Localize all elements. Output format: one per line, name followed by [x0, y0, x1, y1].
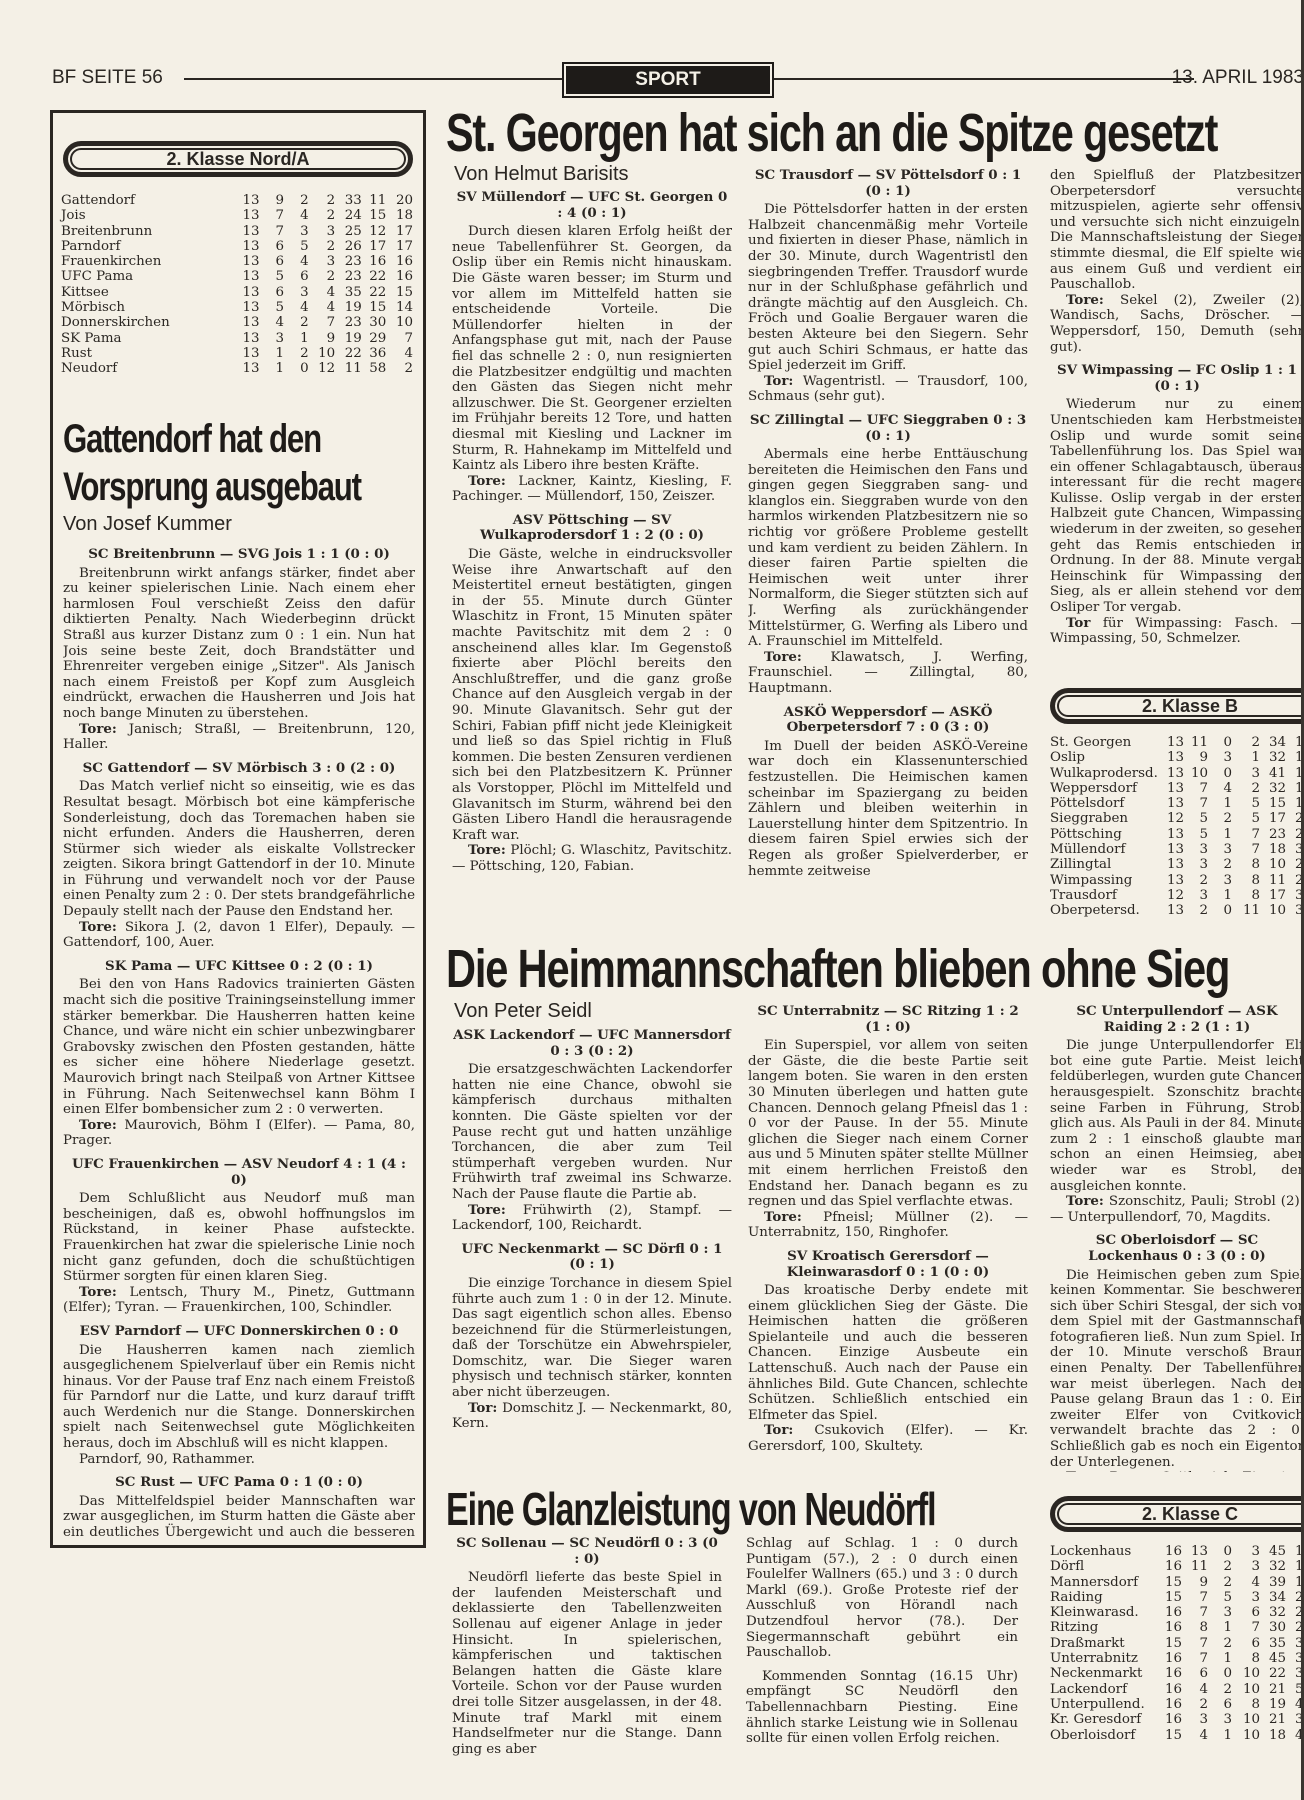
stat-cell: 16	[1158, 1712, 1182, 1727]
stat-cell: 18	[1260, 1728, 1286, 1743]
goals-label: Tor	[1066, 615, 1090, 631]
match-heading: SC Unterrabnitz — SC Ritzing 1 : 2 (1 : …	[748, 1004, 1028, 1035]
stat-cell: 8	[1232, 1697, 1260, 1712]
goals-text: Parndorf, 90, Rathammer.	[79, 1452, 255, 1467]
stat-cell: 4	[1182, 1728, 1208, 1743]
stat-cell: 13	[237, 346, 260, 361]
stat-cell: 7	[1184, 796, 1208, 811]
stat-cell: 0	[1208, 766, 1232, 781]
stat-cell: 2	[1208, 1575, 1232, 1590]
article-paragraph: Dem Schlußlicht aus Neudorf muß man besc…	[63, 1191, 415, 1285]
goals-line: Tore: Pfneisl; Müllner (2). — Unterrabni…	[748, 1210, 1028, 1241]
stat-cell: 2	[1208, 1636, 1232, 1651]
article-paragraph: den Spielfluß der Platzbesitzer. Oberpet…	[1050, 168, 1304, 293]
stat-cell: 13	[1160, 766, 1184, 781]
stat-cell: 13	[237, 193, 260, 208]
goals-label: Tore:	[764, 1209, 802, 1225]
stat-cell: 7	[260, 208, 285, 223]
stat-cell: 17	[386, 224, 413, 239]
page-number: BF SEITE 56	[52, 67, 163, 89]
stat-cell: 22	[1260, 1666, 1286, 1681]
article-paragraph: Die Pöttelsdorfer hatten in der ersten H…	[748, 202, 1028, 374]
stat-cell: 17	[362, 239, 387, 254]
stat-cell: 5	[284, 239, 309, 254]
stat-cell: 1	[1208, 1651, 1232, 1666]
stat-cell: 21	[1260, 1682, 1286, 1697]
stat-cell: 13	[237, 361, 260, 376]
table-row: Müllendorf133371831	[1050, 842, 1304, 857]
stat-cell: 3	[1184, 842, 1208, 857]
stat-cell: 6	[1208, 1697, 1232, 1712]
goals-line: Tore: Janisch; Straßl, — Breitenbrunn, 1…	[63, 722, 415, 753]
team-name: UFC Pama	[61, 269, 237, 284]
table-row: Kittsee13634352215	[61, 285, 413, 300]
article-paragraph: Die Gäste, welche in eindrucksvoller Wei…	[452, 547, 732, 843]
stat-cell: 16	[386, 269, 413, 284]
article-paragraph: Die Hausherren kamen nach ziemlich ausge…	[63, 1343, 415, 1452]
stat-cell: 13	[1160, 735, 1184, 750]
stat-cell: 7	[1232, 842, 1260, 857]
stat-cell: 0	[1208, 1544, 1232, 1559]
stat-cell: 1	[1208, 1728, 1232, 1743]
stat-cell: 7	[1182, 1636, 1208, 1651]
stat-cell: 4	[309, 300, 336, 315]
stat-cell: 4	[284, 208, 309, 223]
match-heading: SV Kroatisch Gerersdorf — Kleinwarasdorf…	[748, 1249, 1028, 1280]
match-heading: SC Sollenau — SC Neudörfl 0 : 3 (0 : 0)	[452, 1536, 722, 1567]
stat-cell: 7	[386, 331, 413, 346]
table-row: Raiding157533420	[1050, 1590, 1304, 1605]
stat-cell: 17	[386, 239, 413, 254]
team-name: Parndorf	[61, 239, 237, 254]
stat-cell: 16	[1158, 1620, 1182, 1635]
stat-cell: 4	[386, 346, 413, 361]
stat-cell: 15	[1158, 1636, 1182, 1651]
stat-cell: 11	[1232, 903, 1260, 918]
goals-line: Tor: Wagentristl. — Trausdorf, 100, Schm…	[748, 374, 1028, 405]
stat-cell: 21	[1260, 1712, 1286, 1727]
article-paragraph: Im Duell der beiden ASKÖ-Vereine war doc…	[748, 739, 1028, 879]
team-name: Ritzing	[1050, 1620, 1158, 1635]
stat-cell: 2	[284, 315, 309, 330]
stat-cell: 13	[1160, 842, 1184, 857]
stat-cell: 8	[1232, 888, 1260, 903]
article-paragraph: Das kroatische Derby endete mit einem gl…	[748, 1283, 1028, 1423]
goals-label: Tore:	[468, 473, 506, 489]
goals-line: Tore: Maurovich, Böhm I (Elfer). — Pama,…	[63, 1118, 415, 1149]
stat-cell: 7	[1182, 1651, 1208, 1666]
stat-cell: 13	[237, 331, 260, 346]
table-row: Sieggraben125251720	[1050, 811, 1304, 826]
stat-cell: 11	[362, 193, 387, 208]
byline-seidl: Von Peter Seidl	[454, 1000, 592, 1023]
stat-cell: 2	[1184, 903, 1208, 918]
team-name: Neckenmarkt	[1050, 1666, 1158, 1681]
goals-line: Tore: Frühwirth (2), Stampf. — Lackendor…	[452, 1203, 732, 1234]
match-heading: SK Pama — UFC Kittsee 0 : 2 (0 : 1)	[63, 959, 415, 975]
stat-cell: 13	[1160, 796, 1184, 811]
goals-label: Tore:	[79, 1117, 117, 1133]
goals-label: Tore:	[79, 919, 117, 935]
stat-cell: 16	[1158, 1605, 1182, 1620]
goals-line: Tore: Szonschitz, Pauli; Strobl (2). — U…	[1050, 1194, 1304, 1225]
stat-cell: 10	[1232, 1712, 1260, 1727]
stat-cell: 15	[362, 300, 387, 315]
stat-cell: 17	[1260, 888, 1286, 903]
team-name: Trausdorf	[1050, 888, 1160, 903]
goals-label: Tore:	[468, 1202, 506, 1218]
stat-cell: 4	[309, 285, 336, 300]
stat-cell: 14	[386, 300, 413, 315]
table-row: Wulkaprodersd.1310034116	[1050, 766, 1304, 781]
stat-cell: 2	[284, 193, 309, 208]
table-row: St. Georgen1311023412	[1050, 735, 1304, 750]
article-paragraph: Die junge Unterpullendorfer Elf bot eine…	[1050, 1038, 1304, 1194]
byline-kummer: Von Josef Kummer	[63, 513, 232, 536]
article-column-st-georgen-3: den Spielfluß der Platzbesitzer. Oberpet…	[1050, 168, 1304, 668]
stat-cell: 5	[1184, 827, 1208, 842]
stat-cell: 15	[386, 285, 413, 300]
stat-cell: 22	[362, 285, 387, 300]
stat-cell: 13	[237, 315, 260, 330]
article-column-heim-1: ASK Lackendorf — UFC Mannersdorf 0 : 3 (…	[452, 1028, 732, 1468]
stat-cell: 0	[1208, 1666, 1232, 1681]
article-paragraph: Neudörfl lieferte das beste Spiel in der…	[452, 1570, 722, 1757]
stat-cell: 13	[1160, 827, 1184, 842]
table-row: Dörfl1611233211	[1050, 1559, 1304, 1574]
table-row: SK Pama1331919297	[61, 331, 413, 346]
stat-cell: 17	[1260, 811, 1286, 826]
stat-cell: 7	[1232, 827, 1260, 842]
stat-cell: 20	[386, 193, 413, 208]
stat-cell: 1	[1208, 888, 1232, 903]
table-row: Mannersdorf159243914	[1050, 1575, 1304, 1590]
stat-cell: 3	[1232, 1544, 1260, 1559]
stat-cell: 2	[309, 208, 336, 223]
stat-cell: 4	[260, 315, 285, 330]
stat-cell: 2	[1208, 1559, 1232, 1574]
stat-cell: 16	[1158, 1666, 1182, 1681]
table-row: Unterrabnitz167184535	[1050, 1651, 1304, 1666]
stat-cell: 6	[1232, 1636, 1260, 1651]
match-heading: SV Wimpassing — FC Oslip 1 : 1 (0 : 1)	[1050, 363, 1304, 394]
stat-cell: 11	[1182, 1559, 1208, 1574]
masthead-rule-left	[184, 78, 562, 80]
standings-table-klasse-b: St. Georgen1311023412Oslip139313211Wulka…	[1050, 735, 1304, 919]
stat-cell: 11	[1260, 873, 1286, 888]
goals-label: Tore:	[1066, 1193, 1104, 1209]
stat-cell: 19	[335, 331, 362, 346]
stat-cell: 8	[1182, 1620, 1208, 1635]
table-row: Ritzing168173020	[1050, 1620, 1304, 1635]
masthead-rule-right	[774, 78, 1194, 80]
stat-cell: 7	[1184, 781, 1208, 796]
table-row: Neudorf13101211582	[61, 361, 413, 376]
stat-cell: 10	[309, 346, 336, 361]
table-row: Frauenkirchen13643231616	[61, 254, 413, 269]
team-name: Breitenbrunn	[61, 224, 237, 239]
stat-cell: 9	[260, 193, 285, 208]
stat-cell: 25	[335, 224, 362, 239]
stat-cell: 3	[1208, 873, 1232, 888]
team-name: Wimpassing	[1050, 873, 1160, 888]
goals-label: Tor:	[468, 1400, 497, 1416]
stat-cell: 7	[1182, 1590, 1208, 1605]
stat-cell: 16	[1158, 1544, 1182, 1559]
article-column-st-georgen-1: SV Müllendorf — UFC St. Georgen 0 : 4 (0…	[452, 190, 732, 912]
stat-cell: 1	[260, 361, 285, 376]
byline-barisits: Von Helmut Barisits	[454, 163, 629, 186]
stat-cell: 3	[1184, 888, 1208, 903]
stat-cell: 23	[335, 254, 362, 269]
article-column-st-georgen-2: SC Trausdorf — SV Pöttelsdorf 0 : 1 (0 :…	[748, 168, 1028, 912]
stat-cell: 3	[1232, 1590, 1260, 1605]
article-paragraph: Die einzige Torchance in diesem Spiel fü…	[452, 1276, 732, 1401]
article-column-neudoerfl-1: SC Sollenau — SC Neudörfl 0 : 3 (0 : 0) …	[452, 1536, 722, 1757]
stat-cell: 34	[1260, 1590, 1286, 1605]
stat-cell: 29	[362, 331, 387, 346]
stat-cell: 3	[1208, 750, 1232, 765]
stat-cell: 13	[1160, 750, 1184, 765]
stat-cell: 23	[1260, 827, 1286, 842]
stat-cell: 7	[309, 315, 336, 330]
stat-cell: 6	[260, 285, 285, 300]
stat-cell: 2	[1184, 873, 1208, 888]
stat-cell: 16	[1158, 1682, 1182, 1697]
stat-cell: 22	[362, 269, 387, 284]
stat-cell: 0	[1208, 735, 1232, 750]
stat-cell: 2	[309, 239, 336, 254]
table-row: Mörbisch13544191514	[61, 300, 413, 315]
standings-table-nord-a: Gattendorf13922331120Jois13742241518Brei…	[61, 193, 413, 377]
goals-label: Tore:	[1066, 292, 1104, 308]
goals-line: Parndorf, 90, Rathammer.	[63, 1452, 415, 1468]
goals-line: Tore: Lackner, Kaintz, Kiesling, F. Pach…	[452, 474, 732, 505]
article-paragraph: Bei den von Hans Radovics trainierten Gä…	[63, 977, 415, 1117]
stat-cell: 7	[260, 224, 285, 239]
match-heading: SC Gattendorf — SV Mörbisch 3 : 0 (2 : 0…	[63, 761, 415, 777]
team-name: Sieggraben	[1050, 811, 1160, 826]
match-heading: SC Oberloisdorf — SC Lockenhaus 0 : 3 (0…	[1050, 1233, 1304, 1264]
team-name: Oslip	[1050, 750, 1160, 765]
table-row: Pöttelsdorf137151511	[1050, 796, 1304, 811]
stat-cell: 32	[1260, 1559, 1286, 1574]
stat-cell: 18	[1260, 842, 1286, 857]
stat-cell: 32	[1260, 781, 1286, 796]
team-name: St. Georgen	[1050, 735, 1160, 750]
stat-cell: 1	[1208, 827, 1232, 842]
stat-cell: 0	[1208, 903, 1232, 918]
table-row: Jois13742241518	[61, 208, 413, 223]
team-name: Unterrabnitz	[1050, 1651, 1158, 1666]
stat-cell: 13	[1160, 857, 1184, 872]
table-row: Kr. Geresdorf1633102136	[1050, 1712, 1304, 1727]
team-name: Pöttelsdorf	[1050, 796, 1160, 811]
stat-cell: 1	[1208, 796, 1232, 811]
table-row: Zillingtal133281023	[1050, 857, 1304, 872]
table-row: Rust13121022364	[61, 346, 413, 361]
team-name: Weppersdorf	[1050, 781, 1160, 796]
stat-cell: 30	[1260, 1620, 1286, 1635]
section-badge: SPORT	[562, 62, 774, 98]
goals-label: Tore:	[764, 649, 802, 665]
stat-cell: 12	[1160, 888, 1184, 903]
article-paragraph: Wiederum nur zu einem Unentschieden kam …	[1050, 397, 1304, 615]
goals-line: Tore: Sekel (2), Zweiler (2), Wandisch, …	[1050, 293, 1304, 355]
standings-table-klasse-c: Lockenhaus1613034518Dörfl1611233211Manne…	[1050, 1544, 1304, 1743]
stat-cell: 12	[362, 224, 387, 239]
article-paragraph: Die ersatzgeschwächten Lackendorfer hatt…	[452, 1062, 732, 1202]
stat-cell: 3	[1208, 842, 1232, 857]
stat-cell: 10	[1232, 1666, 1260, 1681]
stat-cell: 12	[1160, 811, 1184, 826]
stat-cell: 9	[1184, 750, 1208, 765]
stat-cell: 3	[284, 224, 309, 239]
team-name: Kleinwarasd.	[1050, 1605, 1158, 1620]
stat-cell: 10	[386, 315, 413, 330]
table-row: Parndorf13652261717	[61, 239, 413, 254]
stat-cell: 2	[1208, 1682, 1232, 1697]
table-row: UFC Pama13562232216	[61, 269, 413, 284]
team-name: Mörbisch	[61, 300, 237, 315]
table-row: Trausdorf123181733	[1050, 888, 1304, 903]
stat-cell: 35	[335, 285, 362, 300]
article-column-gattendorf: SC Breitenbrunn — SVG Jois 1 : 1 (0 : 0)…	[63, 547, 415, 1539]
table-row: Draßmarkt157263536	[1050, 1636, 1304, 1651]
team-name: Rust	[61, 346, 237, 361]
stat-cell: 5	[1232, 811, 1260, 826]
match-heading: ESV Parndorf — UFC Donnerskirchen 0 : 0	[63, 1324, 415, 1340]
stat-cell: 26	[335, 239, 362, 254]
team-name: Unterpullend.	[1050, 1697, 1158, 1712]
stat-cell: 6	[260, 254, 285, 269]
stat-cell: 5	[1232, 796, 1260, 811]
goals-line: Tore: Sikora J. (2, davon 1 Elfer), Depa…	[63, 920, 415, 951]
article-paragraph: Abermals eine herbe Enttäuschung bereite…	[748, 447, 1028, 650]
goals-label: Tore:	[468, 842, 506, 858]
stat-cell: 8	[1232, 857, 1260, 872]
goals-label: Tore:	[79, 721, 117, 737]
goals-label: Tore:	[1066, 1469, 1104, 1472]
stat-cell: 5	[260, 269, 285, 284]
stat-cell: 13	[237, 224, 260, 239]
article-paragraph: Die Heimischen geben zum Spiel keinen Ko…	[1050, 1268, 1304, 1471]
stat-cell: 13	[237, 269, 260, 284]
headline-heimmannschaften: Die Heimmannschaften blieben ohne Sieg	[446, 940, 1229, 998]
table-row: Oberloisdorf1541101843	[1050, 1728, 1304, 1743]
stat-cell: 35	[1260, 1636, 1286, 1651]
stat-cell: 4	[284, 254, 309, 269]
stat-cell: 2	[386, 361, 413, 376]
stat-cell: 32	[1260, 1605, 1286, 1620]
stat-cell: 39	[1260, 1575, 1286, 1590]
stat-cell: 3	[1182, 1712, 1208, 1727]
stat-cell: 13	[237, 254, 260, 269]
table-row: Oberpetersd.1320111037	[1050, 903, 1304, 918]
stat-cell: 4	[1232, 1575, 1260, 1590]
stat-cell: 13	[237, 300, 260, 315]
stat-cell: 2	[1208, 811, 1232, 826]
stat-cell: 34	[1260, 735, 1286, 750]
stat-cell: 13	[237, 239, 260, 254]
match-heading: SC Zillingtal — UFC Sieggraben 0 : 3 (0 …	[748, 413, 1028, 444]
match-heading: ASKÖ Weppersdorf — ASKÖ Oberpetersdorf 7…	[748, 705, 1028, 736]
stat-cell: 41	[1260, 766, 1286, 781]
team-name: SK Pama	[61, 331, 237, 346]
goals-line: Tore: Klawatsch, J. Werfing, Fraunschiel…	[748, 650, 1028, 697]
table-row: Pöttsching135172326	[1050, 827, 1304, 842]
table-row: Neckenmarkt1660102232	[1050, 1666, 1304, 1681]
team-name: Oberloisdorf	[1050, 1728, 1158, 1743]
team-name: Raiding	[1050, 1590, 1158, 1605]
stat-cell: 13	[1160, 781, 1184, 796]
stat-cell: 33	[335, 193, 362, 208]
article-paragraph: Das Match verlief nicht so einseitig, wi…	[63, 779, 415, 919]
stat-cell: 16	[1158, 1559, 1182, 1574]
stat-cell: 7	[1182, 1605, 1208, 1620]
stat-cell: 16	[1158, 1697, 1182, 1712]
stat-cell: 5	[260, 300, 285, 315]
headline-neudoerfl: Eine Glanzleistung von Neudörfl	[446, 1484, 935, 1534]
stat-cell: 13	[237, 285, 260, 300]
stat-cell: 15	[1158, 1575, 1182, 1590]
team-name: Neudorf	[61, 361, 237, 376]
stat-cell: 2	[1232, 781, 1260, 796]
stat-cell: 10	[1260, 857, 1286, 872]
article-column-heim-2: SC Unterrabnitz — SC Ritzing 1 : 2 (1 : …	[748, 1004, 1028, 1468]
stat-cell: 3	[1208, 1712, 1232, 1727]
stat-cell: 30	[362, 315, 387, 330]
match-heading: ASK Lackendorf — UFC Mannersdorf 0 : 3 (…	[452, 1028, 732, 1059]
stat-cell: 4	[1182, 1682, 1208, 1697]
stat-cell: 0	[284, 361, 309, 376]
team-name: Zillingtal	[1050, 857, 1160, 872]
article-paragraph: Breitenbrunn wirkt anfangs stärker, find…	[63, 566, 415, 722]
team-name: Wulkaprodersd.	[1050, 766, 1160, 781]
match-heading: ASV Pöttsching — SV Wulkaprodersdorf 1 :…	[452, 513, 732, 544]
team-name: Oberpetersd.	[1050, 903, 1160, 918]
stat-cell: 9	[309, 331, 336, 346]
stat-cell: 2	[1208, 857, 1232, 872]
stat-cell: 2	[284, 346, 309, 361]
stat-cell: 11	[335, 361, 362, 376]
table-row: Wimpassing132381125	[1050, 873, 1304, 888]
match-heading: UFC Neckenmarkt — SC Dörfl 0 : 1 (0 : 1)	[452, 1242, 732, 1273]
article-paragraph: Ein Superspiel, vor allem von seiten der…	[748, 1038, 1028, 1210]
stat-cell: 7	[1232, 1620, 1260, 1635]
left-article-box: 2. Klasse Nord/A Gattendorf13922331120Jo…	[50, 110, 426, 1548]
stat-cell: 18	[386, 208, 413, 223]
stat-cell: 9	[1182, 1575, 1208, 1590]
stat-cell: 3	[1208, 1605, 1232, 1620]
stat-cell: 8	[1232, 1651, 1260, 1666]
goals-line: Tore: Lentsch, Thury M., Pinetz, Guttman…	[63, 1285, 415, 1316]
table-row: Donnerskirchen13427233010	[61, 315, 413, 330]
table-row: Breitenbrunn13733251217	[61, 224, 413, 239]
table-row: Lockenhaus1613034518	[1050, 1544, 1304, 1559]
team-name: Mannersdorf	[1050, 1575, 1158, 1590]
stat-cell: 13	[1160, 903, 1184, 918]
stat-cell: 45	[1260, 1544, 1286, 1559]
stat-cell: 19	[1260, 1697, 1286, 1712]
match-heading: SC Unterpullendorf — ASK Raiding 2 : 2 (…	[1050, 1004, 1304, 1035]
stat-cell: 1	[1208, 1620, 1232, 1635]
stat-cell: 10	[1260, 903, 1286, 918]
issue-date: 13. APRIL 1983	[1172, 67, 1304, 89]
stat-cell: 58	[362, 361, 387, 376]
stat-cell: 3	[284, 285, 309, 300]
match-heading: SC Breitenbrunn — SVG Jois 1 : 1 (0 : 0)	[63, 547, 415, 563]
